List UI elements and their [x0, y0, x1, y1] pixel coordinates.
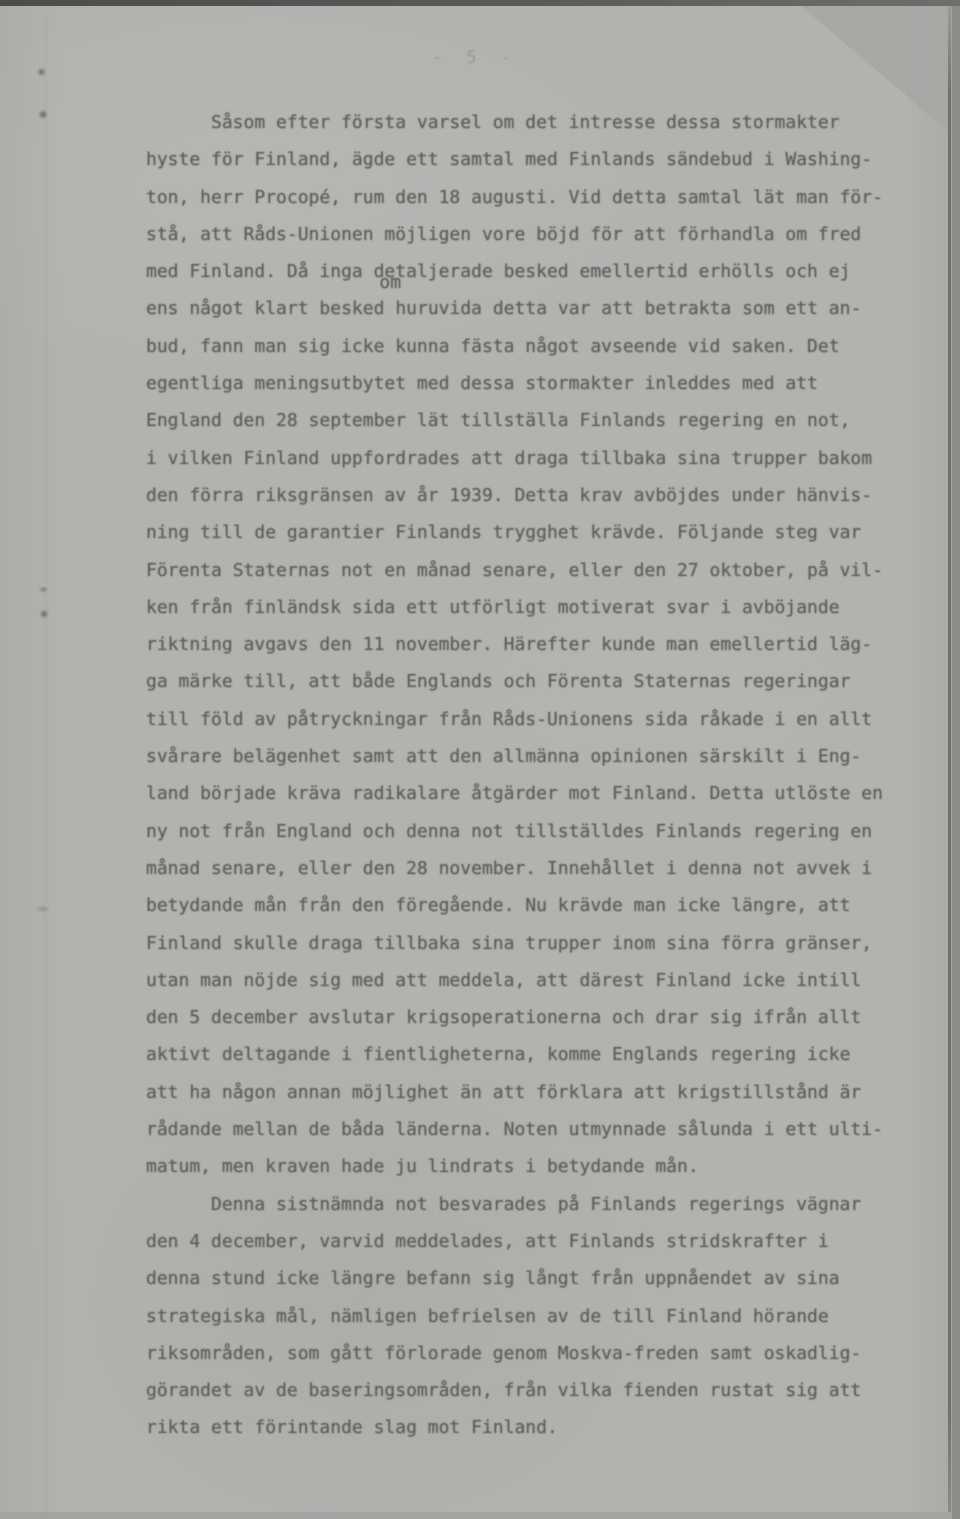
inserted-word-above-line: om — [379, 264, 401, 301]
text-line: ga märke till, att både Englands och För… — [146, 663, 916, 700]
text-line: aktivt deltagande i fientligheterna, kom… — [146, 1036, 916, 1073]
text-line: månad senare, eller den 28 november. Inn… — [146, 850, 916, 887]
text-line: stå, att Råds-Unionen möjligen vore böjd… — [146, 216, 916, 253]
page-edge-right — [948, 6, 951, 1512]
text-line: bud, fann man sig icke kunna fästa något… — [146, 328, 916, 365]
text-line: den 5 december avslutar krigsoperationer… — [146, 999, 916, 1036]
text-line: rikta ett förintande slag mot Finland. — [146, 1409, 916, 1446]
text-line: strategiska mål, nämligen befrielsen av … — [146, 1298, 916, 1335]
text-line: land började kräva radikalare åtgärder m… — [146, 775, 916, 812]
text-line: ny not från England och denna not tillst… — [146, 813, 916, 850]
text-line: egentliga meningsutbytet med dessa storm… — [146, 365, 916, 402]
ink-speck — [39, 610, 49, 618]
text-line: ken från finländsk sida ett utförligt mo… — [146, 589, 916, 626]
text-segment: huruvida detta var att betrakta som ett … — [395, 298, 861, 319]
text-line: matum, men kraven hade ju lindrats i bet… — [146, 1148, 916, 1185]
text-line: riksområden, som gått förlorade genom Mo… — [146, 1335, 916, 1372]
text-segment: ens något klart besked — [146, 298, 384, 319]
text-line: Såsom efter första varsel om det intress… — [146, 104, 916, 141]
ink-speck — [39, 587, 48, 592]
text-line: i vilken Finland uppfordrades att draga … — [146, 440, 916, 477]
text-line: den förra riksgränsen av år 1939. Detta … — [146, 477, 916, 514]
text-line: att ha någon annan möjlighet än att förk… — [146, 1074, 916, 1111]
text-line: riktning avgavs den 11 november. Härefte… — [146, 626, 916, 663]
text-line: betydande mån från den föregående. Nu kr… — [146, 887, 916, 924]
text-line: utan man nöjde sig med att meddela, att … — [146, 962, 916, 999]
text-line: till föld av påtryckningar från Råds-Uni… — [146, 701, 916, 738]
ink-speck — [38, 110, 48, 119]
text-line: hyste för Finland, ägde ett samtal med F… — [146, 141, 916, 178]
scanned-document: { "document": { "page_number": "- 5 -", … — [0, 0, 960, 1519]
text-line: ton, herr Procopé, rum den 18 augusti. V… — [146, 179, 916, 216]
text-line: görandet av de baseringsområden, från vi… — [146, 1372, 916, 1409]
text-line: rådande mellan de båda länderna. Noten u… — [146, 1111, 916, 1148]
text-line: Förenta Staternas not en månad senare, e… — [146, 552, 916, 589]
text-line: ens något klart beskedomhuruvida detta v… — [146, 290, 916, 327]
text-line: denna stund icke längre befann sig långt… — [146, 1260, 916, 1297]
scan-outside-margin — [952, 0, 960, 1519]
text-line: Finland skulle draga tillbaka sina trupp… — [146, 925, 916, 962]
text-line: med Finland. Då inga detaljerade besked … — [146, 253, 916, 290]
text-line: svårare belägenhet samt att den allmänna… — [146, 738, 916, 775]
ink-speck — [37, 68, 46, 76]
document-page: - 5 - Såsom efter första varsel om det i… — [0, 6, 950, 1512]
scan-edge-top — [0, 0, 960, 6]
left-fold-line — [44, 12, 51, 1518]
text-line: den 4 december, varvid meddelades, att F… — [146, 1223, 916, 1260]
text-line: ning till de garantier Finlands trygghet… — [146, 514, 916, 551]
page-number: - 5 - — [410, 48, 540, 68]
ink-speck — [36, 906, 50, 912]
text-line: England den 28 september lät tillställa … — [146, 402, 916, 439]
document-text: Såsom efter första varsel om det intress… — [146, 104, 916, 1447]
text-line: Denna sistnämnda not besvarades på Finla… — [146, 1186, 916, 1223]
